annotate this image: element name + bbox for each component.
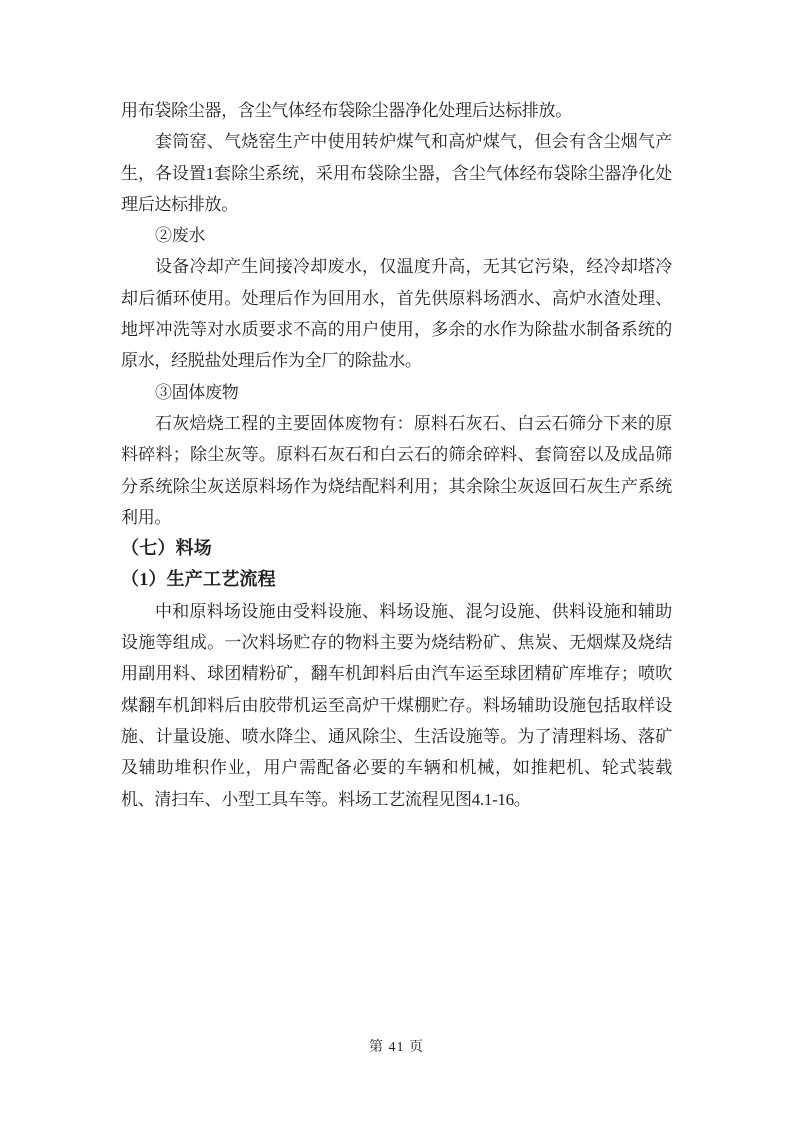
subitem-solid-waste: ③固体废物: [121, 377, 672, 408]
para-kiln-gas-dedusting: 套筒窑、气烧窑生产中使用转炉煤气和高炉煤气，但会有含尘烟气产生，各设置1套除尘系…: [121, 126, 672, 220]
para-wastewater-detail: 设备冷却产生间接冷却废水，仅温度升高，无其它污染，经冷却塔冷却后循环使用。处理后…: [121, 251, 672, 376]
document-page: 用布袋除尘器，含尘气体经布袋除尘器净化处理后达标排放。 套筒窑、气烧窑生产中使用…: [0, 0, 793, 1122]
page-footer: 第 41 页: [0, 1036, 793, 1056]
page-number: 第 41 页: [369, 1040, 424, 1055]
para-dust-removal-continuation: 用布袋除尘器，含尘气体经布袋除尘器净化处理后达标排放。: [121, 95, 672, 126]
subitem-wastewater: ②废水: [121, 220, 672, 251]
para-solid-waste-detail: 石灰焙烧工程的主要固体废物有：原料石灰石、白云石筛分下来的原料碎料；除尘灰等。原…: [121, 408, 672, 533]
para-material-yard-detail: 中和原料场设施由受料设施、料场设施、混匀设施、供料设施和辅助设施等组成。一次料场…: [121, 596, 672, 815]
subsection-heading-process-flow: （1）生产工艺流程: [121, 564, 672, 595]
section-heading-material-yard: （七）料场: [121, 533, 672, 564]
document-body: 用布袋除尘器，含尘气体经布袋除尘器净化处理后达标排放。 套筒窑、气烧窑生产中使用…: [121, 95, 672, 815]
